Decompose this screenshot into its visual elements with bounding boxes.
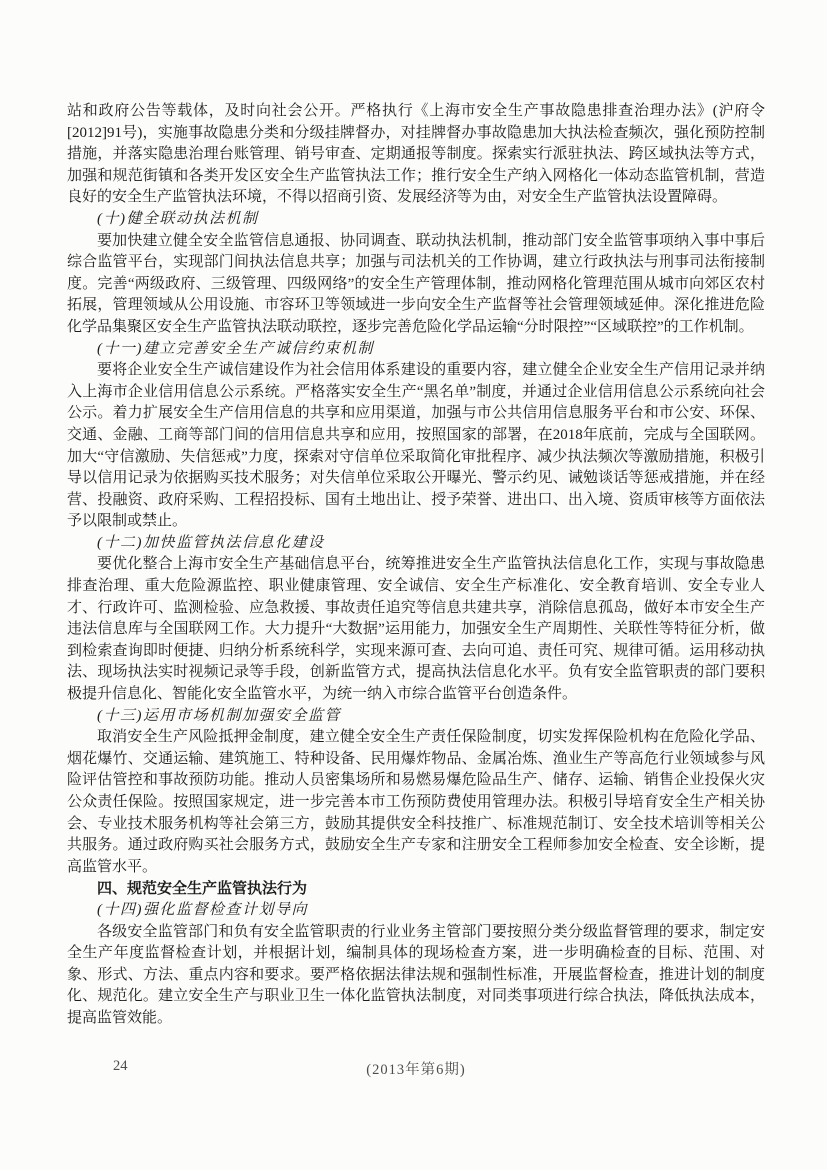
paragraph: 各级安全监管部门和负有安全监管职责的行业业务主管部门要按照分类分级监督管理的要求… xyxy=(67,922,765,1030)
page-footer: 24 (2013年第6期) xyxy=(67,1058,765,1082)
paragraph: 要将企业安全生产诚信建设作为社会信用体系建设的重要内容，建立健全企业安全生产信用… xyxy=(67,360,765,533)
paragraph: 要优化整合上海市安全生产基础信息平台，统筹推进安全生产监管执法信息化工作，实现与… xyxy=(67,554,765,705)
section-heading: (十)健全联动执法机制 xyxy=(67,209,765,231)
page-number: 24 xyxy=(113,1058,128,1075)
section-heading: (十三)运用市场机制加强安全监管 xyxy=(67,706,765,728)
paragraph: 站和政府公告等载体，及时向社会公开。严格执行《上海市安全生产事故隐患排查治理办法… xyxy=(67,101,765,209)
document-body: 站和政府公告等载体，及时向社会公开。严格执行《上海市安全生产事故隐患排查治理办法… xyxy=(67,101,765,1030)
scanned-document-page: 站和政府公告等载体，及时向社会公开。严格执行《上海市安全生产事故隐患排查治理办法… xyxy=(0,0,827,1170)
paragraph: 取消安全生产风险抵押金制度，建立健全安全生产责任保险制度，切实发挥保险机构在危险… xyxy=(67,727,765,878)
section-heading: (十一)建立完善安全生产诚信约束机制 xyxy=(67,339,765,361)
section-heading: (十二)加快监管执法信息化建设 xyxy=(67,533,765,555)
section-heading: (十四)强化监督检查计划导向 xyxy=(67,900,765,922)
section-heading: 四、规范安全生产监管执法行为 xyxy=(67,878,765,900)
issue-label: (2013年第6期) xyxy=(67,1058,765,1079)
paragraph: 要加快建立健全安全监管信息通报、协同调查、联动执法机制，推动部门安全监管事项纳入… xyxy=(67,231,765,339)
